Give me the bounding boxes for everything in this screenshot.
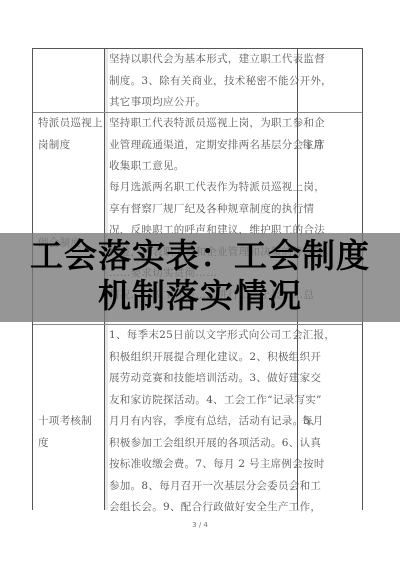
table-row-3-content: 1、每季末25日前以文字形式向公司工会汇报， 积极组织开展提合理化建议。2、积极… bbox=[109, 325, 297, 519]
table-row-1-name: 特派员巡视上 岗制度 bbox=[38, 113, 102, 156]
overlay-title-line-2: 机制落实情况 bbox=[0, 276, 400, 316]
table-row-1-frequency: 每月 bbox=[302, 135, 362, 157]
table-row-1-content: 坚持职工代表特派员巡视上岗，为职工参和企 业管理疏通渠道，定期安排两名基层分会主… bbox=[109, 113, 297, 178]
table-row-3-frequency: 每月 bbox=[302, 411, 362, 433]
table-row-3-name: 十项考核制度 bbox=[38, 411, 102, 454]
overlay-title-line-1: 工会落实表：工会制度 bbox=[0, 236, 400, 276]
page-number: 3 / 4 bbox=[0, 521, 400, 529]
table-row-0-content: 坚持以职代会为基本形式，建立职工代表监督 制度。3、除有关商业，技术秘密不能公开… bbox=[109, 49, 297, 114]
overlay-title: 工会落实表：工会制度 机制落实情况 bbox=[0, 236, 400, 316]
